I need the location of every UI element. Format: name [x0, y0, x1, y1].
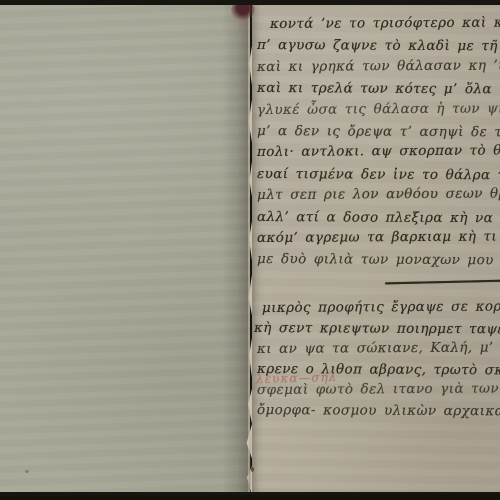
manuscript-line: με δυὸ φιλιὰ των μοναχων μου φ — [257, 249, 500, 272]
right-written-page: κοντά ’νε το τρισόφτερο καὶ κατάπ’ αγυσω… — [252, 5, 500, 492]
manuscript-line: π’ αγυσω ζαψνε τὸ κλαδὶ με τῆ γιορ — [257, 35, 500, 58]
handwritten-paragraph-1: κοντά ’νε το τρισόφτερο καὶ κατάπ’ αγυσω… — [252, 14, 500, 271]
scanned-manuscript-photo: { "scene": { "description": "Photograph … — [0, 0, 500, 500]
photo-border-bottom — [0, 494, 500, 500]
manuscript-line: πολι· αντλοκι. αψ σκορπαν τὸ θαρρ — [257, 141, 500, 164]
stain-smudge — [236, 17, 252, 29]
handwritten-paragraph-2: μικρὸς προφήτις ἔγραψε σε κορετσκὴ σεντ … — [252, 298, 500, 420]
manuscript-line: κοντά ’νε το τρισόφτερο καὶ κατά — [270, 13, 500, 36]
manuscript-line: μλτ σεπ ριε λον ανθόου σεων θραυὸ — [257, 184, 500, 207]
manuscript-line: γλυκέ ὦσα τις θάλασα ἡ των ψηλ — [257, 98, 500, 121]
center-fold-shadow — [222, 5, 248, 492]
hand-drawn-divider-line — [385, 280, 500, 285]
manuscript-line: ὄμορφα- κοσμου υλικὼν αρχαικα σ — [257, 400, 500, 422]
manuscript-line: κι αν ψα τα σώκιανε, Καλή, μ’ αλ — [257, 337, 500, 359]
red-ink-annotation: λευκα—σηλ — [256, 370, 338, 386]
paper-speck — [25, 470, 29, 473]
left-blank-page — [0, 5, 250, 492]
manuscript-line: ακόμ’ αγρεμω τα βαρκιαμ κὴ τι μι — [257, 226, 500, 249]
manuscript-line: καὶ κι γρηκά των θάλασαν κη ’ι ἔγρα — [257, 55, 500, 78]
manuscript-spread: κοντά ’νε το τρισόφτερο καὶ κατάπ’ αγυσω… — [0, 5, 500, 492]
manuscript-line: καὶ κι τρελά των κότες μ’ ὅλα τα ρ — [257, 78, 500, 101]
paper-speck — [251, 467, 254, 472]
manuscript-line: μικρὸς προφήτις ἔγραψε σε κορετσ — [262, 297, 500, 319]
